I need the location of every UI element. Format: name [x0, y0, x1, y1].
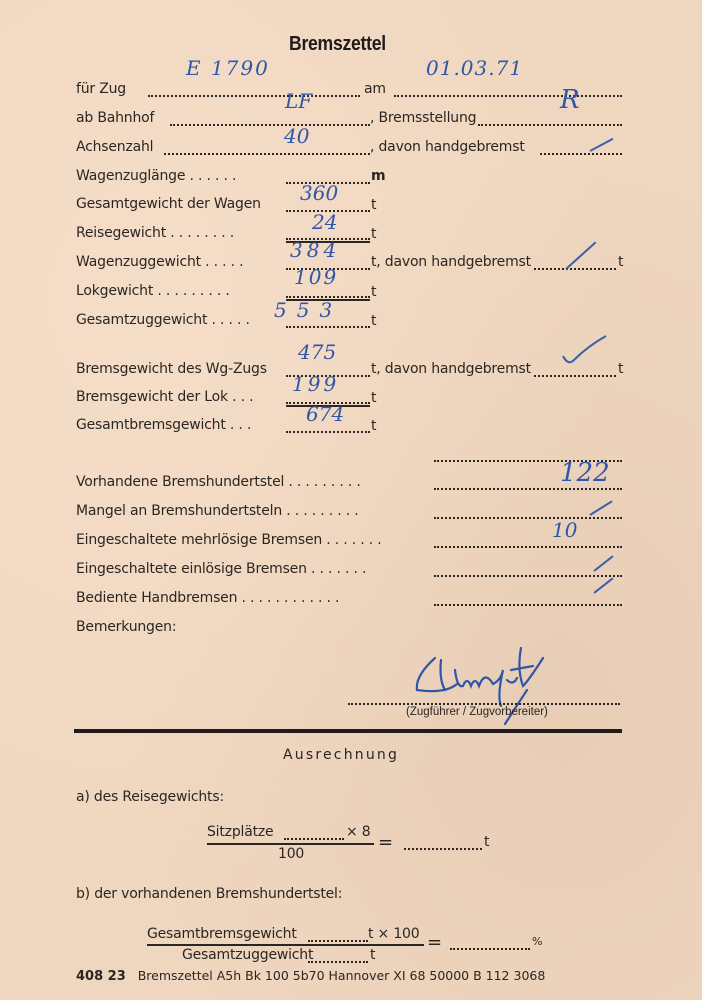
field-gesamtzuggewicht-calc[interactable]: [308, 961, 368, 963]
field-gesamtbremsgewicht[interactable]: [286, 431, 370, 433]
label-achsen-handgebremst: , davon handgebremst: [370, 139, 525, 155]
value-lokgewicht: 109: [294, 265, 338, 289]
fraction-line: [207, 843, 374, 845]
checkmark-icon: [560, 334, 610, 366]
form-title: Bremszettel: [289, 33, 386, 56]
unit-percent: %: [532, 935, 542, 948]
calc-b-numerator: Gesamtbremsgewicht: [147, 926, 297, 942]
label-calc-b: b) der vorhandenen Bremshundertstel:: [76, 886, 342, 902]
slash-mark-icon: [565, 241, 596, 269]
unit-t: t: [371, 313, 377, 329]
slash-mark-icon: [593, 577, 613, 593]
calc-a-equals: =: [378, 832, 393, 853]
field-bremsgewicht-handgebremst[interactable]: [534, 375, 616, 377]
value-achsenzahl: 40: [284, 124, 309, 148]
label-handbremsen: Bediente Handbremsen . . . . . . . . . .…: [76, 590, 339, 606]
unit-t: t: [618, 254, 624, 270]
field-bremsstellung[interactable]: [478, 124, 622, 126]
slash-mark-icon: [589, 500, 612, 515]
value-bremsgewicht-lok: 199: [292, 372, 339, 396]
value-bremsgewicht-wg: 475: [298, 340, 336, 364]
label-achsenzahl: Achsenzahl: [76, 139, 153, 155]
bremszettel-form: Bremszettel für Zug E 1790 am 01.03.71 a…: [0, 0, 702, 1000]
field-gesamtbremsgewicht-calc[interactable]: [308, 940, 368, 942]
label-mehrloesige-bremsen: Eingeschaltete mehrlösige Bremsen . . . …: [76, 532, 382, 548]
value-gesamtgewicht-wagen: 360: [300, 181, 338, 205]
label-vorhandene-bremshundertstel: Vorhandene Bremshundertstel . . . . . . …: [76, 474, 361, 490]
unit-t: t: [484, 834, 490, 850]
field-sitzplaetze[interactable]: [284, 838, 344, 840]
label-bremsstellung: , Bremsstellung: [370, 110, 476, 126]
section-divider: [74, 729, 622, 733]
fraction-line: [147, 944, 424, 946]
field-vorhandene-bremshundertstel[interactable]: [434, 488, 622, 490]
calc-b-equals: =: [427, 932, 442, 953]
label-bremsgewicht-lok: Bremsgewicht der Lok . . .: [76, 389, 253, 405]
unit-t: t: [371, 284, 377, 300]
value-mehrloesige-bremsen: 10: [552, 518, 577, 542]
calc-a-numerator: Sitzplätze: [207, 824, 273, 840]
field-bremshundertstel-result[interactable]: [450, 948, 530, 950]
label-bremsgewicht-handgebremst: t, davon handgebremst: [371, 361, 531, 377]
field-ab-bahnhof[interactable]: [170, 124, 370, 126]
signature-caption: (Zugführer / Zugvorbereiter): [406, 706, 548, 718]
label-wagenzuglaenge: Wagenzuglänge . . . . . .: [76, 168, 236, 184]
value-gesamtbremsgewicht: 674: [306, 402, 344, 426]
field-einloesige-bremsen[interactable]: [434, 575, 622, 577]
value-gesamtzuggewicht: 553: [274, 298, 342, 322]
label-einloesige-bremsen: Eingeschaltete einlösige Bremsen . . . .…: [76, 561, 366, 577]
imprint-text: Bremszettel A5h Bk 100 5b70 Hannover XI …: [138, 968, 546, 983]
calc-a-denominator: 100: [278, 846, 304, 862]
dash-mark-icon: [590, 138, 614, 152]
value-wagenzuggewicht: 384: [290, 238, 340, 262]
field-fuer-zug[interactable]: [148, 95, 360, 97]
value-reisegewicht: 24: [312, 210, 337, 234]
unit-t: t: [371, 390, 377, 406]
label-fuer-zug: für Zug: [76, 81, 126, 97]
field-achsenzahl[interactable]: [164, 153, 370, 155]
slash-mark-icon: [593, 555, 613, 571]
field-reisegewicht-result[interactable]: [404, 848, 482, 850]
field-achsen-handgebremst[interactable]: [540, 153, 622, 155]
field-mehrloesige-bremsen[interactable]: [434, 546, 622, 548]
unit-t: t: [371, 418, 377, 434]
calc-b-denominator-unit: t: [370, 947, 376, 963]
field-am[interactable]: [394, 95, 622, 97]
label-gesamtgewicht-wagen: Gesamtgewicht der Wagen: [76, 196, 261, 212]
label-gesamtbremsgewicht: Gesamtbremsgewicht . . .: [76, 417, 251, 433]
field-signature[interactable]: [348, 703, 620, 705]
label-am: am: [364, 81, 386, 97]
unit-t: t: [371, 197, 377, 213]
value-am: 01.03.71: [426, 56, 523, 80]
unit-t: t: [618, 361, 624, 377]
value-ab-bahnhof: LF: [285, 89, 312, 113]
calculation-heading: Ausrechnung: [283, 747, 399, 763]
label-bremsgewicht-wg: Bremsgewicht des Wg-Zugs: [76, 361, 267, 377]
calc-b-numerator-unit: t × 100: [368, 926, 419, 942]
label-calc-a: a) des Reisegewichts:: [76, 789, 224, 805]
label-wagenzuggewicht: Wagenzuggewicht . . . . .: [76, 254, 243, 270]
form-number: 408 23: [76, 969, 126, 984]
value-vorhandene-bremshundertstel: 122: [560, 458, 610, 488]
calc-a-times: × 8: [346, 824, 371, 840]
field-gesamtzuggewicht[interactable]: [286, 326, 370, 328]
label-reisegewicht: Reisegewicht . . . . . . . .: [76, 225, 234, 241]
form-imprint: 408 23 Bremszettel A5h Bk 100 5b70 Hanno…: [76, 968, 545, 984]
value-fuer-zug: E 1790: [186, 56, 270, 80]
field-mangel[interactable]: [434, 517, 622, 519]
label-ab-bahnhof: ab Bahnhof: [76, 110, 154, 126]
calc-b-denominator: Gesamtzuggewicht: [182, 947, 313, 963]
label-bemerkungen: Bemerkungen:: [76, 619, 176, 635]
unit-m: m: [371, 168, 386, 184]
label-gesamtzuggewicht: Gesamtzuggewicht . . . . .: [76, 312, 250, 328]
field-handbremsen[interactable]: [434, 604, 622, 606]
label-lokgewicht: Lokgewicht . . . . . . . . .: [76, 283, 230, 299]
value-bremsstellung: R: [560, 85, 580, 115]
unit-t: t: [371, 226, 377, 242]
label-wagenzug-handgebremst: t, davon handgebremst: [371, 254, 531, 270]
field-wagenzug-handgebremst[interactable]: [534, 268, 616, 270]
label-mangel: Mangel an Bremshundertsteln . . . . . . …: [76, 503, 359, 519]
